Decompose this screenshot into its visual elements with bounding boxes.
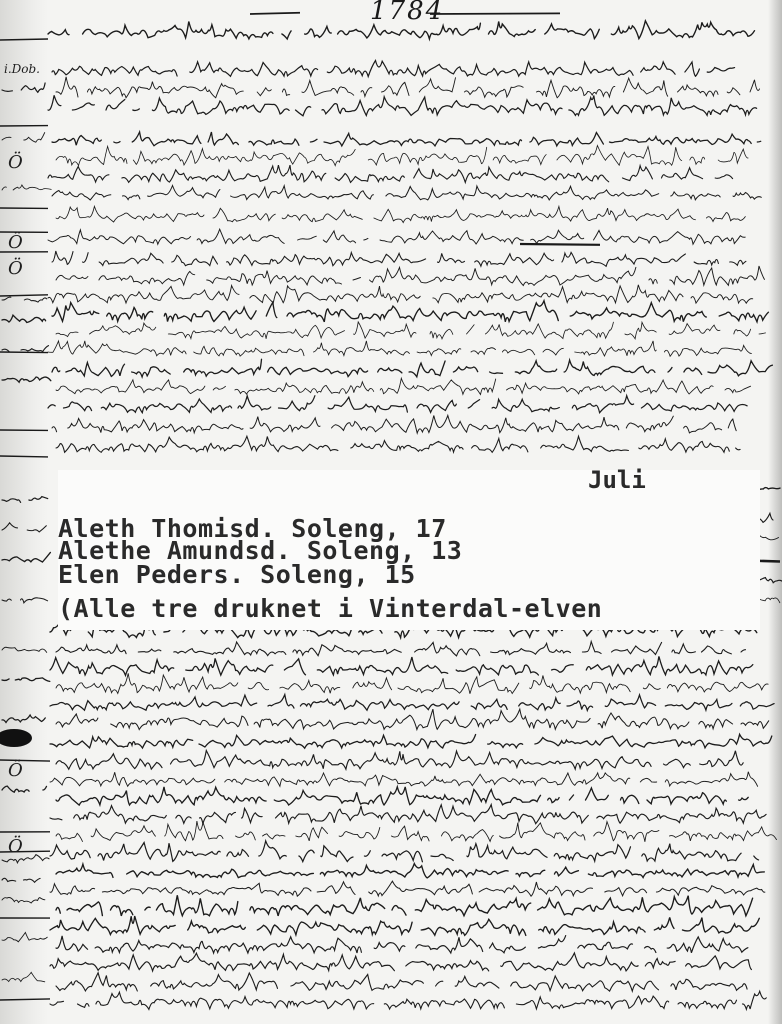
margin-note: Ö <box>8 836 23 857</box>
margin-note: Ö <box>8 258 23 279</box>
typed-month: Juli <box>588 466 646 494</box>
register-page: 1784 i.Dob. Ö Ö Ö Ö Ö Juli Aleth Thomisd… <box>0 0 782 1024</box>
typed-entry: (Alle tre druknet i Vinterdal-elven <box>58 594 602 623</box>
margin-note: Ö <box>8 760 23 781</box>
typed-entry: Elen Peders. Soleng, 15 <box>58 560 416 589</box>
margin-note: Ö <box>8 152 23 173</box>
margin-note: i.Dob. <box>4 62 40 76</box>
margin-note: Ö <box>8 232 23 253</box>
